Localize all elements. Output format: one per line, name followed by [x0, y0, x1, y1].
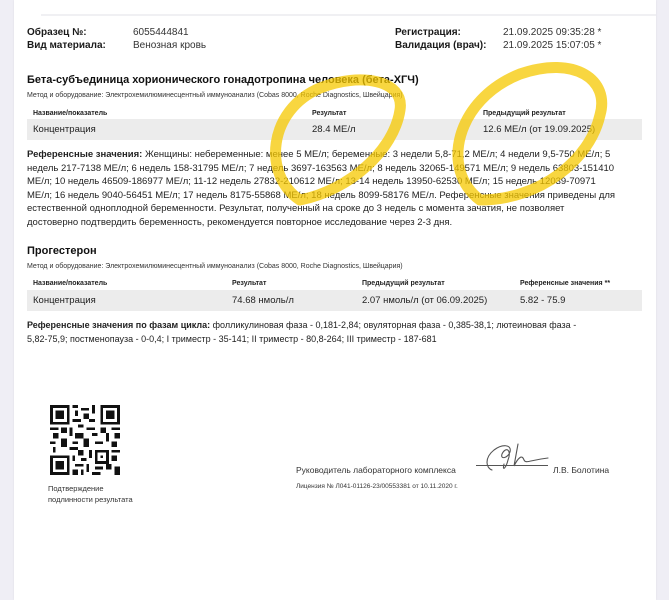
prog-col-reference: Референсные значения **	[520, 280, 610, 287]
prog-col-name: Название/показатель	[33, 280, 107, 287]
license-text: Лицензия № Л041-01126-23/00553381 от 10.…	[296, 483, 458, 490]
progesterone-title: Прогестерон	[27, 245, 97, 257]
hcg-method: Метод и оборудование: Электрохемилюминес…	[27, 92, 403, 99]
prog-col-previous: Предыдущий результат	[362, 280, 445, 287]
prog-ref-line: фолликулиновая фаза - 0,181-2,84; овулят…	[210, 320, 576, 330]
hcg-reference-text: Референсные значения: Женщины: неберемен…	[27, 148, 647, 229]
hcg-title: Бета-субъединица хорионического гонадотр…	[27, 74, 419, 86]
registration-label: Регистрация:	[395, 27, 461, 38]
prog-row-result: 74.68 нмоль/л	[232, 295, 294, 306]
signer-name: Л.В. Болотина	[553, 465, 609, 475]
hcg-col-previous: Предыдущий результат	[483, 110, 566, 117]
sample-label: Образец №:	[27, 27, 87, 38]
hcg-col-name: Название/показатель	[33, 110, 107, 117]
hcg-reference-label: Референсные значения:	[27, 149, 142, 160]
progesterone-method: Метод и оборудование: Электрохемилюминес…	[27, 263, 403, 270]
validation-label: Валидация (врач):	[395, 40, 486, 51]
hcg-row-previous: 12.6 МЕ/л (от 19.09.2025)	[483, 124, 595, 135]
prog-row-previous: 2.07 нмоль/л (от 06.09.2025)	[362, 295, 487, 306]
hcg-ref-line: Женщины: небеременные: менее 5 МЕ/л; бер…	[142, 149, 610, 160]
prog-reference-label: Референсные значения по фазам цикла:	[27, 320, 210, 330]
sample-value: 6055444841	[133, 27, 189, 38]
hcg-ref-line: МЕ/л; 16 недель 9040-56451 МЕ/л; 17 неде…	[27, 189, 647, 203]
material-label: Вид материала:	[27, 40, 106, 51]
prog-col-result: Результат	[232, 280, 266, 287]
hcg-row-name: Концентрация	[33, 124, 96, 135]
hcg-ref-line: достоверно подтвердить беременность, рек…	[27, 216, 647, 230]
hcg-row-result: 28.4 МЕ/л	[312, 124, 356, 135]
hcg-col-result: Результат	[312, 110, 346, 117]
top-divider	[41, 14, 656, 16]
hcg-ref-line: естественной одноплодной беременности. Р…	[27, 202, 647, 216]
validation-value: 21.09.2025 15:07:05 *	[503, 40, 601, 51]
hcg-ref-line: МЕ/л; 10 недель 46509-186977 МЕ/л; 11-12…	[27, 175, 647, 189]
prog-reference-text: Референсные значения по фазам цикла: фол…	[27, 319, 647, 346]
prog-row-reference: 5.82 - 75.9	[520, 295, 565, 306]
material-value: Венозная кровь	[133, 40, 206, 51]
signer-role: Руководитель лабораторного комплекса	[296, 465, 456, 475]
registration-value: 21.09.2025 09:35:28 *	[503, 27, 601, 38]
qr-code[interactable]	[50, 405, 120, 475]
signature-icon	[478, 440, 558, 474]
prog-row-name: Концентрация	[33, 295, 96, 306]
prog-ref-line: 5,82-75,9; постменопауза - 0-0,4; I трим…	[27, 333, 647, 347]
qr-caption-line2: подлинности результата	[48, 494, 133, 506]
hcg-ref-line: недель 217-7138 МЕ/л; 6 недель 158-31795…	[27, 162, 647, 176]
